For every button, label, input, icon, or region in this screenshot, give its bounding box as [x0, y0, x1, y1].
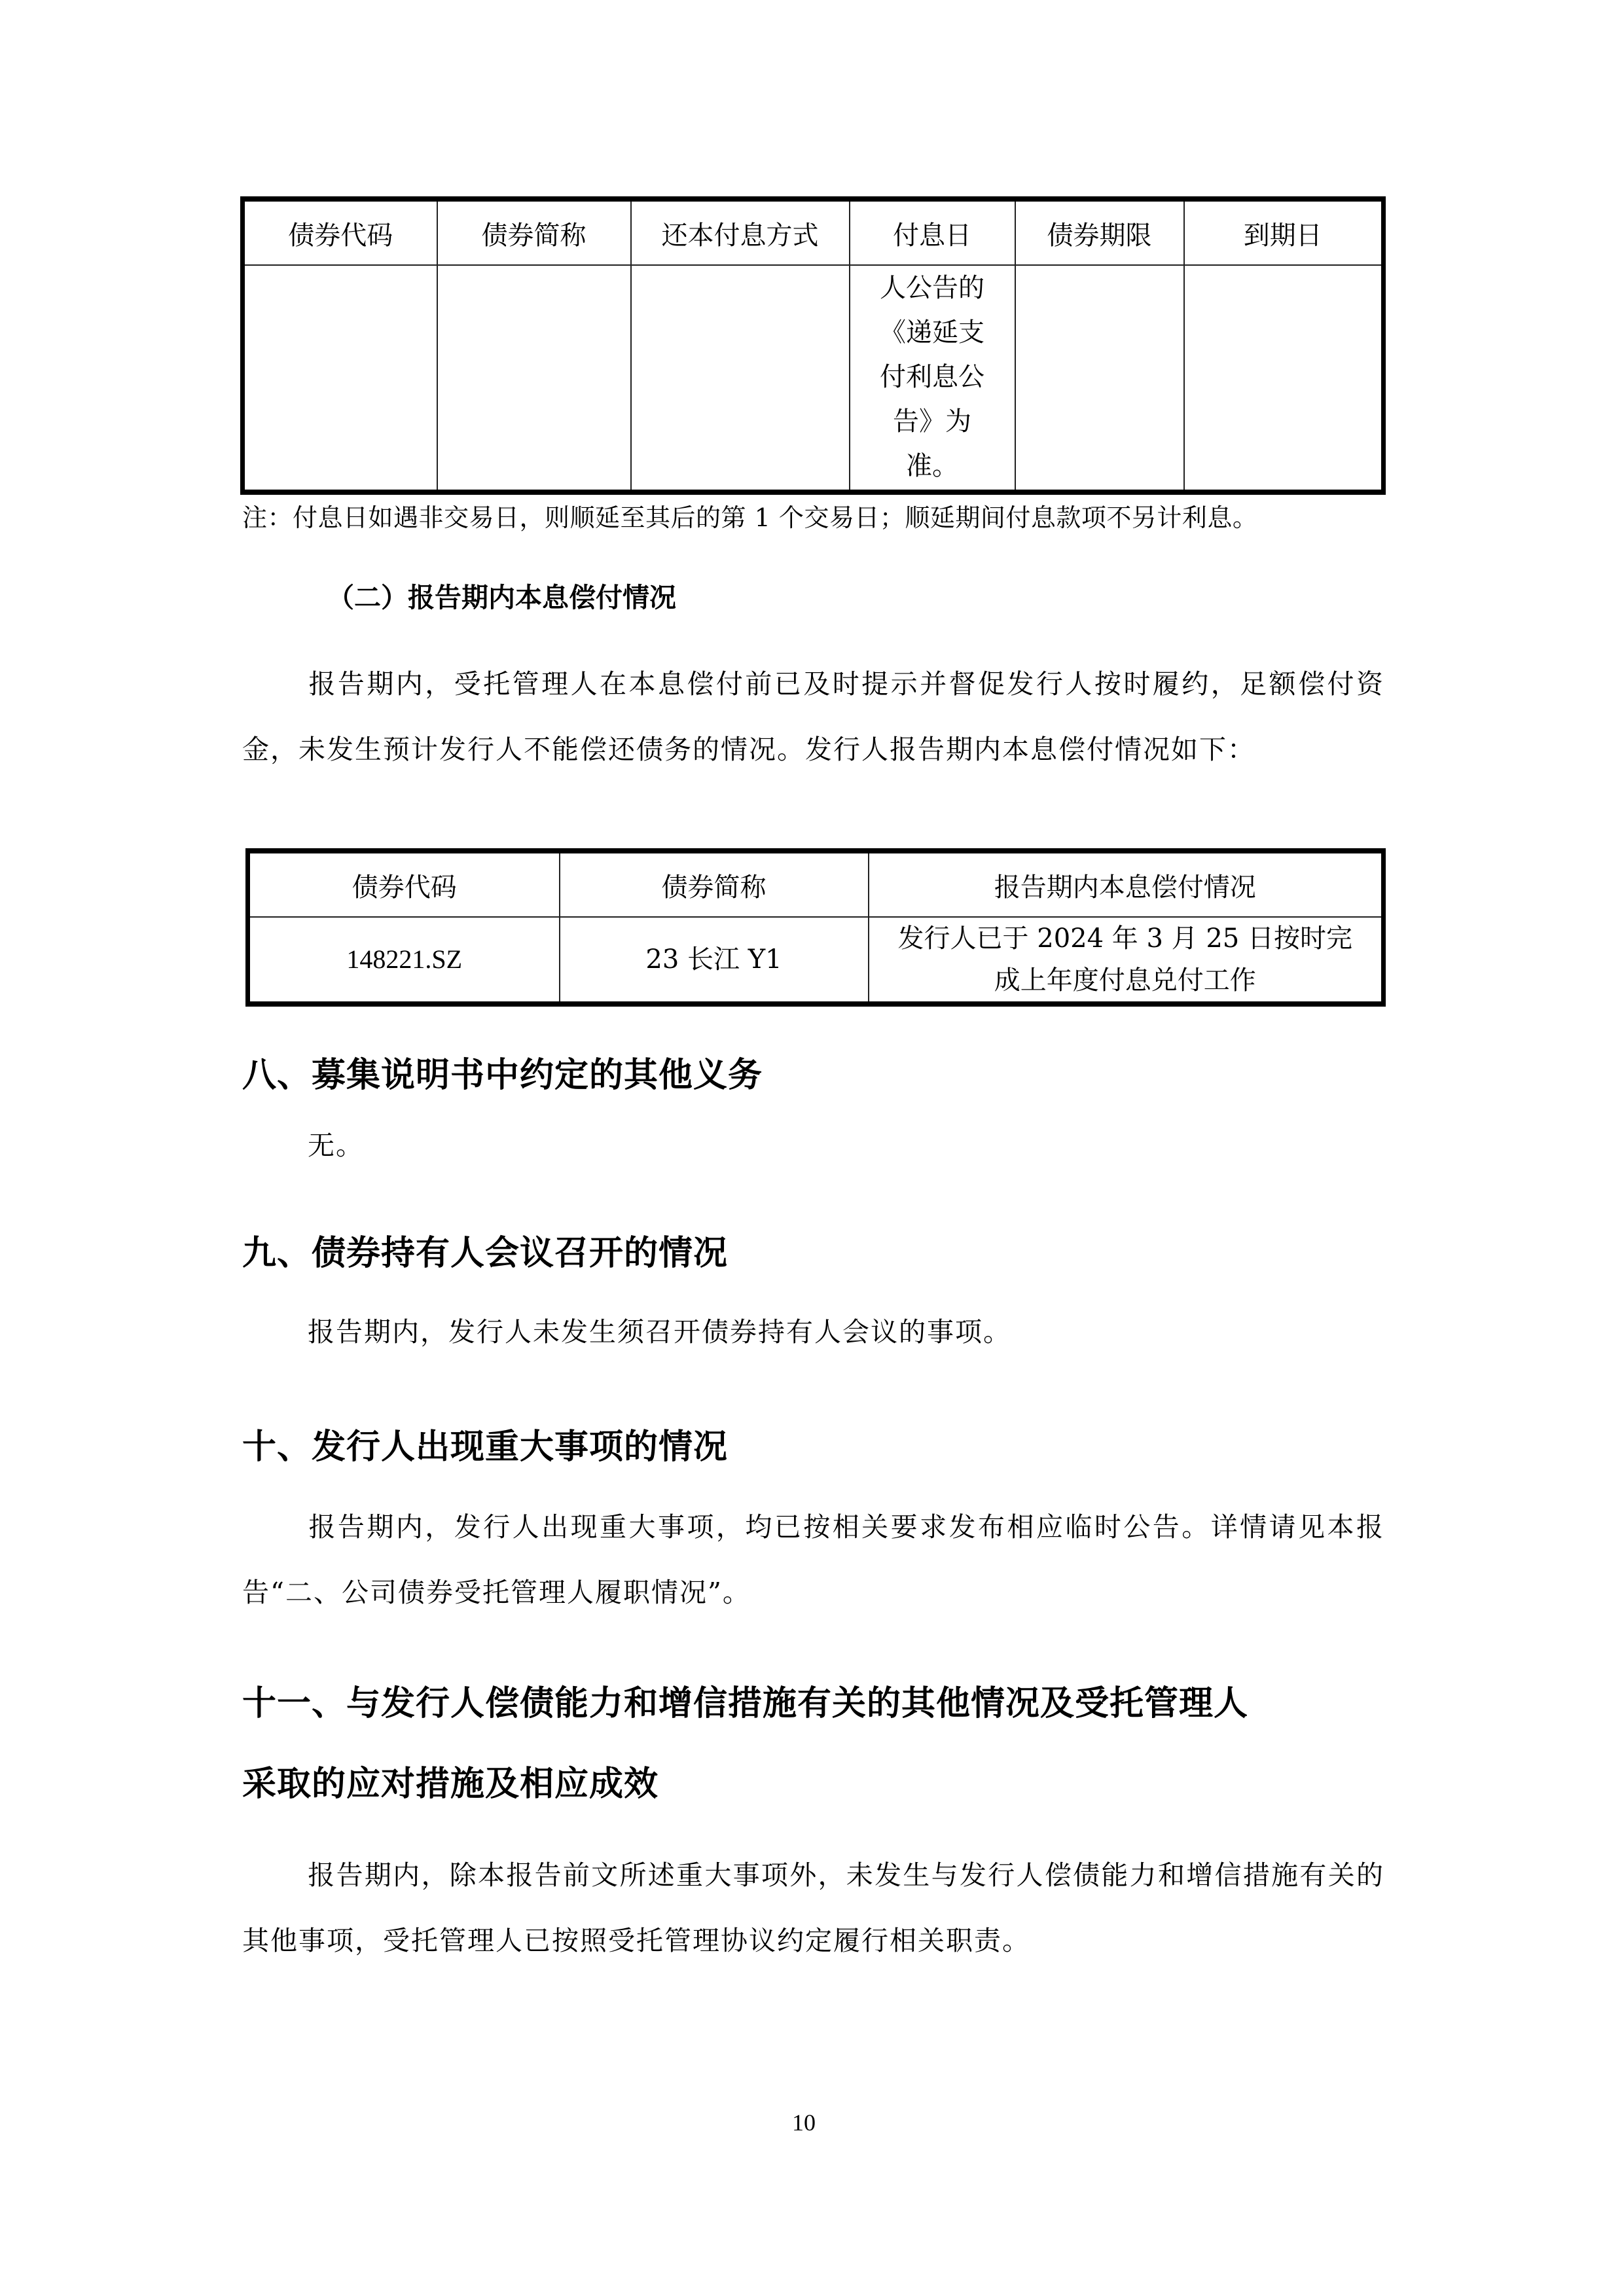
- table-row: 人公告的 《递延支 付利息公 告》为 准。: [243, 265, 1384, 492]
- paragraph-payment: 报告期内，受托管理人在本息偿付前已及时提示并督促发行人按时履约，足额偿付资金，未…: [242, 651, 1384, 782]
- table-header-row: 债券代码 债券简称 还本付息方式 付息日 债券期限 到期日: [243, 199, 1384, 265]
- table-row: 148221.SZ 23 长江 Y1 发行人已于 2024 年 3 月 25 日…: [248, 917, 1384, 1004]
- header-bond-term: 债券期限: [1015, 199, 1184, 265]
- payment-status-table: 债券代码 债券简称 报告期内本息偿付情况 148221.SZ 23 长江 Y1 …: [245, 848, 1386, 1007]
- section-heading-10: 十、发行人出现重大事项的情况: [242, 1419, 728, 1468]
- cell-bond-term: [1015, 265, 1184, 492]
- header-bond-code: 债券代码: [248, 851, 560, 917]
- status-line: 发行人已于 2024 年 3 月 25 日按时完: [869, 918, 1382, 960]
- header-bond-short-name: 债券简称: [437, 199, 631, 265]
- cell-payment-date: 人公告的 《递延支 付利息公 告》为 准。: [850, 265, 1015, 492]
- section-heading-11-line1: 十一、与发行人偿债能力和增信措施有关的其他情况及受托管理人: [242, 1676, 1248, 1725]
- cell-payment-status: 发行人已于 2024 年 3 月 25 日按时完 成上年度付息兑付工作: [869, 917, 1384, 1004]
- subsection-heading-payment: （二）报告期内本息偿付情况: [327, 576, 676, 615]
- payment-date-line: 付利息公: [862, 355, 1003, 399]
- status-line: 成上年度付息兑付工作: [869, 960, 1382, 1001]
- header-bond-code: 债券代码: [243, 199, 437, 265]
- paragraph-text: 报告期内，发行人出现重大事项，均已按相关要求发布相应临时公告。详情请见本报告“二…: [242, 1511, 1384, 1608]
- payment-date-line: 告》为: [862, 399, 1003, 444]
- table-note: 注：付息日如遇非交易日，则顺延至其后的第 1 个交易日；顺延期间付息款项不另计利…: [242, 497, 1257, 533]
- header-payment-date: 付息日: [850, 199, 1015, 265]
- paragraph-section-8: 无。: [242, 1113, 1384, 1178]
- cell-bond-code: [243, 265, 437, 492]
- paragraph-section-9: 报告期内，发行人未发生须召开债券持有人会议的事项。: [242, 1299, 1384, 1365]
- payment-date-line: 人公告的: [862, 266, 1003, 310]
- cell-bond-code: 148221.SZ: [248, 917, 560, 1004]
- page-number: 10: [792, 2109, 816, 2136]
- header-repayment-method: 还本付息方式: [631, 199, 850, 265]
- paragraph-text: 无。: [308, 1130, 364, 1161]
- cell-bond-short-name: 23 长江 Y1: [560, 917, 869, 1004]
- section-heading-11-line2: 采取的应对措施及相应成效: [242, 1756, 659, 1805]
- bond-info-table: 债券代码 债券简称 还本付息方式 付息日 债券期限 到期日 人公告的 《递延支 …: [240, 196, 1386, 495]
- header-bond-short-name: 债券简称: [560, 851, 869, 917]
- paragraph-section-11: 报告期内，除本报告前文所述重大事项外，未发生与发行人偿债能力和增信措施有关的其他…: [242, 1842, 1384, 1973]
- paragraph-text: 报告期内，发行人未发生须召开债券持有人会议的事项。: [308, 1316, 1011, 1348]
- header-maturity-date: 到期日: [1184, 199, 1384, 265]
- section-heading-8: 八、募集说明书中约定的其他义务: [242, 1047, 763, 1096]
- payment-date-line: 准。: [862, 444, 1003, 488]
- cell-maturity-date: [1184, 265, 1384, 492]
- payment-date-line: 《递延支: [862, 310, 1003, 355]
- header-payment-status: 报告期内本息偿付情况: [869, 851, 1384, 917]
- cell-bond-short-name: [437, 265, 631, 492]
- paragraph-text: 报告期内，受托管理人在本息偿付前已及时提示并督促发行人按时履约，足额偿付资金，未…: [242, 668, 1384, 765]
- cell-repayment-method: [631, 265, 850, 492]
- paragraph-section-10: 报告期内，发行人出现重大事项，均已按相关要求发布相应临时公告。详情请见本报告“二…: [242, 1494, 1384, 1625]
- paragraph-text: 报告期内，除本报告前文所述重大事项外，未发生与发行人偿债能力和增信措施有关的其他…: [242, 1859, 1384, 1956]
- section-heading-9: 九、债券持有人会议召开的情况: [242, 1225, 728, 1274]
- table-header-row: 债券代码 债券简称 报告期内本息偿付情况: [248, 851, 1384, 917]
